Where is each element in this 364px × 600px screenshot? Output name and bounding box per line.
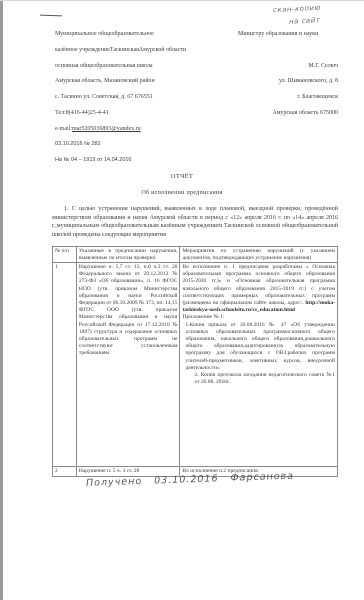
intro-paragraph: 1. С целью устранения нарушений, выявлен…	[52, 205, 338, 239]
measures-intro: Во исполнение п. 1 предписания разработа…	[182, 264, 335, 314]
document-title: ОТЧЁТ	[0, 173, 364, 180]
sender-line4: Амурская область, Мазановский район	[55, 78, 155, 85]
table-row: 1 Нарушение ч. 5,7 ст. 12, п.6 ч.3 ст. 2…	[53, 263, 338, 467]
recipient-region: Амурская область 675000	[272, 110, 338, 117]
recipient-city: г. Благовещенск	[297, 94, 338, 101]
table-header-row: № п/п Указанные в предписании нарушения,…	[53, 247, 338, 263]
outgoing-date-number: 03.10.2016 № 282	[55, 141, 101, 148]
row-measures: Во исполнение п. 1 предписания разработа…	[180, 263, 338, 467]
page-left-edge	[0, 0, 3, 600]
header-violations: Указанные в предписании нарушения, выявл…	[76, 247, 180, 263]
sender-phone: Тел:8(416-44)25-4-41	[55, 110, 109, 117]
receipt-date: 03.10.2016	[154, 473, 219, 486]
row-num: 1	[53, 263, 77, 467]
appendix-item-2: 2. Копия протокола заседания педагогичес…	[182, 372, 335, 386]
appendix-item-1: 1.Копия приказа от 30.08.2016 № 47 «Об у…	[182, 322, 335, 372]
sender-email-row: e-mail:mar5205036893@yandex.ru	[55, 126, 141, 133]
email-label: e-mail:	[55, 126, 72, 132]
handwritten-note-line2: на сайт	[289, 16, 321, 26]
document-subtitle: Об исполнении предписания	[0, 190, 364, 196]
email-link[interactable]: mar5205036893@yandex.ru	[72, 126, 141, 132]
appendix-label: Приложение № 1:	[182, 314, 335, 321]
receipt-label: Получено	[86, 476, 142, 489]
header-num: № п/п	[53, 247, 77, 263]
handwritten-note-line1: скан-копию	[273, 4, 321, 15]
recipient-name: М.Г. Селюч	[308, 63, 338, 70]
violations-table: № п/п Указанные в предписании нарушения,…	[52, 246, 338, 477]
row-violation: Нарушение ч. 5,7 ст. 12, п.6 ч.3 ст. 28 …	[76, 263, 180, 467]
recipient-street: ул. Шимановского, д. 8	[279, 78, 338, 85]
sender-line1: Муниципальное общеобразовательное	[55, 31, 154, 38]
intro-paragraph-text: 1. С целью устранения нарушений, выявлен…	[52, 206, 338, 238]
row-num: 2	[53, 467, 77, 476]
receipt-signature: Фарсанова	[230, 471, 294, 484]
page-top-edge	[0, 0, 364, 1]
outgoing-reference: На № 04 – 1919 от 14.04.2016	[55, 157, 132, 164]
sender-line3: основная общеобразовательная школа	[55, 63, 153, 70]
recipient-line1: Министру образования и науки	[238, 31, 318, 38]
header-measures: Мероприятия по устранению нарушений (с у…	[180, 247, 338, 263]
sender-line5: с. Таскино ул. Советская, д. 67 676551	[55, 94, 153, 101]
pen-dash-mark	[40, 15, 62, 17]
sender-line2: казённое учреждениеТаскинскаяАмурской об…	[55, 47, 186, 54]
